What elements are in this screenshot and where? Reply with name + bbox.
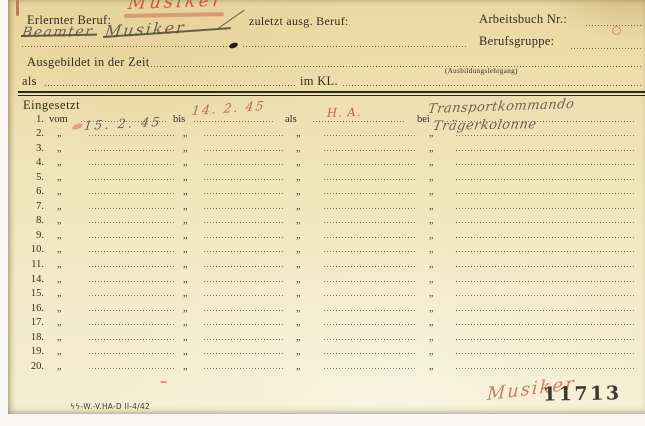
dotted-line xyxy=(320,299,420,314)
row-number: 3. xyxy=(20,143,44,154)
table-row: 20.„„„„ xyxy=(8,357,641,372)
row-number: 2. xyxy=(20,128,44,139)
ditto-mark-bis: „ xyxy=(178,186,200,197)
dotted-line xyxy=(85,139,178,154)
dotted-line xyxy=(200,197,286,212)
dotted-line xyxy=(320,314,420,329)
ditto-mark-als: „ xyxy=(286,244,320,255)
table-row: 10.„„„„ xyxy=(8,241,641,256)
table-row: 5.„„„„ xyxy=(8,168,641,183)
ditto-mark-vom: „ xyxy=(44,143,85,154)
zuletzt-answer-line xyxy=(243,46,466,47)
ditto-mark-bei: „ xyxy=(420,157,452,168)
row-number: 15. xyxy=(20,288,44,299)
berufsgruppe-answer-line xyxy=(571,48,642,49)
dotted-line xyxy=(320,125,420,140)
ditto-mark-vom: „ xyxy=(44,274,85,285)
ditto-mark-bis: „ xyxy=(178,274,200,285)
table-row: 6.„„„„ xyxy=(8,183,641,198)
dotted-line xyxy=(200,226,286,241)
table-row: 3.„„„„ xyxy=(8,139,641,154)
ditto-mark-als: „ xyxy=(286,317,320,328)
red-circle-mark xyxy=(612,26,621,35)
column-label-bis: bis xyxy=(170,114,190,125)
dotted-line xyxy=(200,255,286,270)
im-kl-label: im KL. xyxy=(300,74,338,89)
dotted-line xyxy=(85,299,178,314)
table-row: 11.„„„„ xyxy=(8,255,641,270)
dotted-line xyxy=(200,154,286,169)
ditto-mark-vom: „ xyxy=(44,332,85,343)
ditto-mark-bis: „ xyxy=(178,259,200,270)
dotted-line xyxy=(85,285,178,300)
ditto-mark-bei: „ xyxy=(420,143,452,154)
als-answer-line xyxy=(45,85,295,86)
dotted-line xyxy=(320,226,420,241)
handwritten-bei-row2: Trägerkolonne xyxy=(432,117,538,134)
dotted-line xyxy=(200,357,286,372)
dotted-line xyxy=(85,212,178,227)
dotted-line xyxy=(85,314,178,329)
ditto-mark-bei: „ xyxy=(420,332,452,343)
row-number: 16. xyxy=(20,303,44,314)
ditto-mark-bis: „ xyxy=(178,157,200,168)
dotted-line xyxy=(452,226,637,241)
table-row: 14.„„„„ xyxy=(8,270,641,285)
dotted-line xyxy=(85,183,178,198)
red-underline-mark xyxy=(124,12,224,18)
ditto-mark-als: „ xyxy=(286,172,320,183)
ditto-mark-vom: „ xyxy=(44,186,85,197)
ditto-mark-bis: „ xyxy=(178,215,200,226)
im-kl-answer-line xyxy=(343,85,641,86)
row-number: 5. xyxy=(20,172,44,183)
row-number: 18. xyxy=(20,332,44,343)
ditto-mark-bis: „ xyxy=(178,128,200,139)
dotted-line xyxy=(85,343,178,358)
dotted-line xyxy=(320,357,420,372)
table-row: 16.„„„„ xyxy=(8,299,641,314)
row-number: 9. xyxy=(20,230,44,241)
ditto-mark-bis: „ xyxy=(178,346,200,357)
dotted-line xyxy=(320,168,420,183)
dotted-line xyxy=(452,183,637,198)
ausbildungslehrgang-note: (Ausbildungslehrgang) xyxy=(445,67,518,75)
ditto-mark-als: „ xyxy=(286,201,320,212)
ausgebildet-label: Ausgebildet in der Zeit xyxy=(27,55,150,70)
ink-blot xyxy=(228,42,238,50)
row-number: 20. xyxy=(20,361,44,372)
ditto-mark-vom: „ xyxy=(44,303,85,314)
small-red-dash xyxy=(160,381,167,383)
ditto-mark-bei: „ xyxy=(420,361,452,372)
dotted-line xyxy=(320,183,420,198)
handwritten-beamter-struck: Beamter xyxy=(21,24,95,41)
red-pen-dash xyxy=(16,0,19,16)
number-stamp: 11713 xyxy=(543,382,622,405)
dotted-line xyxy=(200,343,286,358)
ditto-mark-als: „ xyxy=(286,346,320,357)
dotted-line xyxy=(85,197,178,212)
ditto-mark-bei: „ xyxy=(420,346,452,357)
column-label-als: als xyxy=(276,114,309,125)
ditto-mark-vom: „ xyxy=(44,288,85,299)
dotted-line xyxy=(452,154,637,169)
ditto-mark-bis: „ xyxy=(178,317,200,328)
ditto-mark-vom: „ xyxy=(44,157,85,168)
ditto-mark-bis: „ xyxy=(178,303,200,314)
ditto-mark-bis: „ xyxy=(178,332,200,343)
ditto-mark-bei: „ xyxy=(420,215,452,226)
dotted-line xyxy=(85,154,178,169)
dotted-line xyxy=(320,241,420,256)
dotted-line xyxy=(200,314,286,329)
dotted-line xyxy=(452,343,637,358)
row-number: 6. xyxy=(20,186,44,197)
dotted-line xyxy=(200,183,286,198)
row-number: 19. xyxy=(20,346,44,357)
ditto-mark-bis: „ xyxy=(178,172,200,183)
dotted-line xyxy=(200,139,286,154)
row-number: 7. xyxy=(20,201,44,212)
zuletzt-ausg-beruf-label: zuletzt ausg. Beruf: xyxy=(249,14,349,29)
double-rule-bottom xyxy=(18,95,645,97)
ditto-mark-bis: „ xyxy=(178,201,200,212)
table-row: 17.„„„„ xyxy=(8,314,641,329)
ditto-mark-bei: „ xyxy=(420,259,452,270)
scan-margin-bottom xyxy=(0,414,645,426)
dotted-line xyxy=(452,285,637,300)
dotted-line xyxy=(452,299,637,314)
ditto-mark-vom: „ xyxy=(44,259,85,270)
dotted-line xyxy=(85,168,178,183)
dotted-line xyxy=(320,255,420,270)
table-row: 15.„„„„ xyxy=(8,285,641,300)
ditto-mark-bei: „ xyxy=(420,274,452,285)
dotted-line xyxy=(320,285,420,300)
ditto-mark-vom: „ xyxy=(44,317,85,328)
dotted-line xyxy=(452,255,637,270)
ditto-mark-vom: „ xyxy=(44,361,85,372)
ditto-mark-als: „ xyxy=(286,361,320,372)
ditto-mark-bei: „ xyxy=(420,317,452,328)
dotted-line xyxy=(85,255,178,270)
row-number: 10. xyxy=(20,244,44,255)
row-number: 1. xyxy=(20,114,44,125)
dotted-line xyxy=(320,270,420,285)
row-number: 17. xyxy=(20,317,44,328)
table-row: 8.„„„„ xyxy=(8,212,641,227)
dotted-line xyxy=(452,241,637,256)
dotted-line xyxy=(200,328,286,343)
dotted-line xyxy=(85,241,178,256)
ditto-mark-bei: „ xyxy=(420,288,452,299)
erlernter-answer-line xyxy=(22,46,230,47)
ditto-mark-bis: „ xyxy=(178,230,200,241)
row-number: 4. xyxy=(20,157,44,168)
ditto-mark-vom: „ xyxy=(44,201,85,212)
table-row: 4.„„„„ xyxy=(8,154,641,169)
ditto-mark-als: „ xyxy=(286,186,320,197)
dotted-line xyxy=(452,314,637,329)
dotted-line xyxy=(200,285,286,300)
ditto-mark-bis: „ xyxy=(178,244,200,255)
row-number: 11. xyxy=(20,259,44,270)
ditto-mark-als: „ xyxy=(286,157,320,168)
dotted-line xyxy=(320,154,420,169)
ditto-mark-bis: „ xyxy=(178,288,200,299)
dotted-line xyxy=(200,212,286,227)
dotted-line xyxy=(452,139,637,154)
ditto-mark-vom: „ xyxy=(44,346,85,357)
ditto-mark-bei: „ xyxy=(420,186,452,197)
dotted-line xyxy=(320,343,420,358)
dotted-line xyxy=(85,357,178,372)
rows: 1.vombisalsbei2.„„„„3.„„„„4.„„„„5.„„„„6.… xyxy=(8,110,641,372)
arbeitsbuch-nr-label: Arbeitsbuch Nr.: xyxy=(479,12,567,27)
ditto-mark-vom: „ xyxy=(44,215,85,226)
dotted-line xyxy=(452,328,637,343)
ditto-mark-vom: „ xyxy=(44,128,85,139)
dotted-line xyxy=(200,299,286,314)
ditto-mark-als: „ xyxy=(286,143,320,154)
ditto-mark-als: „ xyxy=(286,215,320,226)
ditto-mark-vom: „ xyxy=(44,244,85,255)
ditto-mark-als: „ xyxy=(286,128,320,139)
table-row: 18.„„„„ xyxy=(8,328,641,343)
dotted-line xyxy=(452,212,637,227)
handwritten-als-row1: H. A. xyxy=(327,105,362,120)
dotted-line xyxy=(320,197,420,212)
dotted-line xyxy=(200,168,286,183)
row-number: 14. xyxy=(20,274,44,285)
ditto-mark-vom: „ xyxy=(44,230,85,241)
ditto-mark-als: „ xyxy=(286,274,320,285)
dotted-line xyxy=(452,168,637,183)
dotted-line xyxy=(320,139,420,154)
table-row: 7.„„„„ xyxy=(8,197,641,212)
dotted-line xyxy=(200,125,286,140)
ditto-mark-als: „ xyxy=(286,332,320,343)
ditto-mark-bis: „ xyxy=(178,361,200,372)
ditto-mark-als: „ xyxy=(286,303,320,314)
ausgebildet-answer-line xyxy=(148,66,642,67)
dotted-line xyxy=(200,270,286,285)
column-label-vom: vom xyxy=(44,114,77,125)
scan-margin-left xyxy=(0,0,8,426)
form-code: ϟϟ-W.-V.HA-D II-4/42 xyxy=(70,402,150,411)
ditto-mark-als: „ xyxy=(286,288,320,299)
als-label: als xyxy=(22,74,37,89)
dotted-line xyxy=(320,328,420,343)
dotted-line xyxy=(452,197,637,212)
dotted-line xyxy=(320,212,420,227)
ditto-mark-bei: „ xyxy=(420,201,452,212)
ditto-mark-vom: „ xyxy=(44,172,85,183)
dotted-line xyxy=(452,270,637,285)
table-row: 9.„„„„ xyxy=(8,226,641,241)
ditto-mark-als: „ xyxy=(286,230,320,241)
double-rule-top xyxy=(18,91,645,93)
handwritten-musiker-struck: Musiker xyxy=(104,18,187,41)
ditto-mark-bei: „ xyxy=(420,244,452,255)
berufsgruppe-label: Berufsgruppe: xyxy=(479,34,554,49)
table-row: 19.„„„„ xyxy=(8,343,641,358)
dotted-line xyxy=(452,357,637,372)
dotted-line xyxy=(85,226,178,241)
dotted-line xyxy=(200,241,286,256)
ditto-mark-bei: „ xyxy=(420,172,452,183)
row-number: 8. xyxy=(20,215,44,226)
ditto-mark-als: „ xyxy=(286,259,320,270)
scanned-labor-card: Musiker Erlernter Beruf: zuletzt ausg. B… xyxy=(0,0,645,426)
dotted-line xyxy=(85,328,178,343)
dotted-line xyxy=(85,270,178,285)
ditto-mark-bei: „ xyxy=(420,303,452,314)
ditto-mark-bei: „ xyxy=(420,230,452,241)
ditto-mark-bis: „ xyxy=(178,143,200,154)
